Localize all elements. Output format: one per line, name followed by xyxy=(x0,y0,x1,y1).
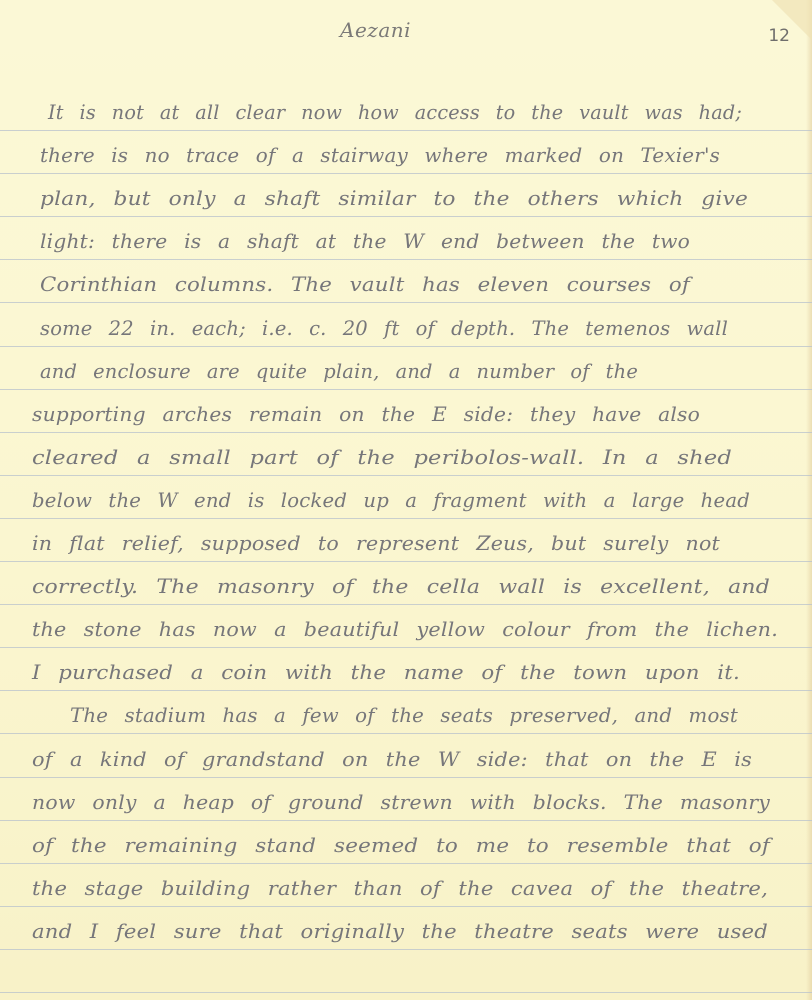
text-line-content: plan, but only a shaft similar to the ot… xyxy=(40,186,748,210)
text-line: Corinthian columns. The vault has eleven… xyxy=(0,266,812,296)
ruled-line xyxy=(0,389,812,390)
notebook-page: Aezani 12 It is not at all clear now how… xyxy=(0,0,812,1000)
ruled-line xyxy=(0,820,812,821)
text-line: the stone has now a beautiful yellow col… xyxy=(0,611,812,641)
ruled-line xyxy=(0,733,812,734)
ruled-line xyxy=(0,475,812,476)
text-line-content: I purchased a coin with the name of the … xyxy=(32,660,740,684)
ruled-line xyxy=(0,302,812,303)
ruled-line xyxy=(0,216,812,217)
text-line-content: there is no trace of a stairway where ma… xyxy=(40,143,720,167)
ruled-line xyxy=(0,173,812,174)
text-line: and enclosure are quite plain, and a num… xyxy=(0,353,812,383)
text-line: there is no trace of a stairway where ma… xyxy=(0,137,812,167)
ruled-line xyxy=(0,346,812,347)
page-number: 12 xyxy=(768,26,790,46)
page-header-title: Aezani xyxy=(340,18,411,42)
text-line: plan, but only a shaft similar to the ot… xyxy=(0,180,812,210)
text-line: now only a heap of ground strewn with bl… xyxy=(0,784,812,814)
text-line-content: below the W end is locked up a fragment … xyxy=(32,488,750,512)
text-line: supporting arches remain on the E side: … xyxy=(0,396,812,426)
text-line-content: cleared a small part of the peribolos-wa… xyxy=(32,445,732,469)
text-line-content: light: there is a shaft at the W end bet… xyxy=(40,229,690,253)
ruled-line xyxy=(0,518,812,519)
ruled-line xyxy=(0,777,812,778)
text-line: light: there is a shaft at the W end bet… xyxy=(0,223,812,253)
text-line-content: correctly. The masonry of the cella wall… xyxy=(32,574,770,598)
text-line: of a kind of grandstand on the W side: t… xyxy=(0,741,812,771)
ruled-line xyxy=(0,949,812,950)
text-line: It is not at all clear now how access to… xyxy=(0,94,812,124)
ruled-line xyxy=(0,561,812,562)
text-line-content: and enclosure are quite plain, and a num… xyxy=(40,359,638,383)
text-line: The stadium has a few of the seats prese… xyxy=(0,697,812,727)
ruled-line xyxy=(0,906,812,907)
ruled-line xyxy=(0,432,812,433)
text-line-content: The stadium has a few of the seats prese… xyxy=(70,703,738,727)
text-line: of the remaining stand seemed to me to r… xyxy=(0,827,812,857)
text-line-content: supporting arches remain on the E side: … xyxy=(32,402,700,426)
text-line-content: of a kind of grandstand on the W side: t… xyxy=(32,747,752,771)
ruled-line xyxy=(0,259,812,260)
ruled-line xyxy=(0,863,812,864)
text-line-content: some 22 in. each; i.e. c. 20 ft of depth… xyxy=(40,316,728,340)
text-line-content: of the remaining stand seemed to me to r… xyxy=(32,833,770,857)
text-line-content: now only a heap of ground strewn with bl… xyxy=(32,790,770,814)
text-line-content: It is not at all clear now how access to… xyxy=(48,100,742,124)
text-line-content: the stone has now a beautiful yellow col… xyxy=(32,617,778,641)
ruled-line xyxy=(0,130,812,131)
ruled-line xyxy=(0,992,812,993)
text-line: cleared a small part of the peribolos-wa… xyxy=(0,439,812,469)
text-line-content: Corinthian columns. The vault has eleven… xyxy=(40,272,690,296)
text-line: correctly. The masonry of the cella wall… xyxy=(0,568,812,598)
text-line: in flat relief, supposed to represent Ze… xyxy=(0,525,812,555)
text-line-content: the stage building rather than of the ca… xyxy=(32,876,768,900)
text-line: some 22 in. each; i.e. c. 20 ft of depth… xyxy=(0,310,812,340)
text-line: I purchased a coin with the name of the … xyxy=(0,654,812,684)
text-line: below the W end is locked up a fragment … xyxy=(0,482,812,512)
ruled-line xyxy=(0,604,812,605)
text-line: the stage building rather than of the ca… xyxy=(0,870,812,900)
text-line-content: in flat relief, supposed to represent Ze… xyxy=(32,531,720,555)
ruled-line xyxy=(0,647,812,648)
text-line: and I feel sure that originally the thea… xyxy=(0,913,812,943)
ruled-line xyxy=(0,690,812,691)
text-line-content: and I feel sure that originally the thea… xyxy=(32,919,768,943)
